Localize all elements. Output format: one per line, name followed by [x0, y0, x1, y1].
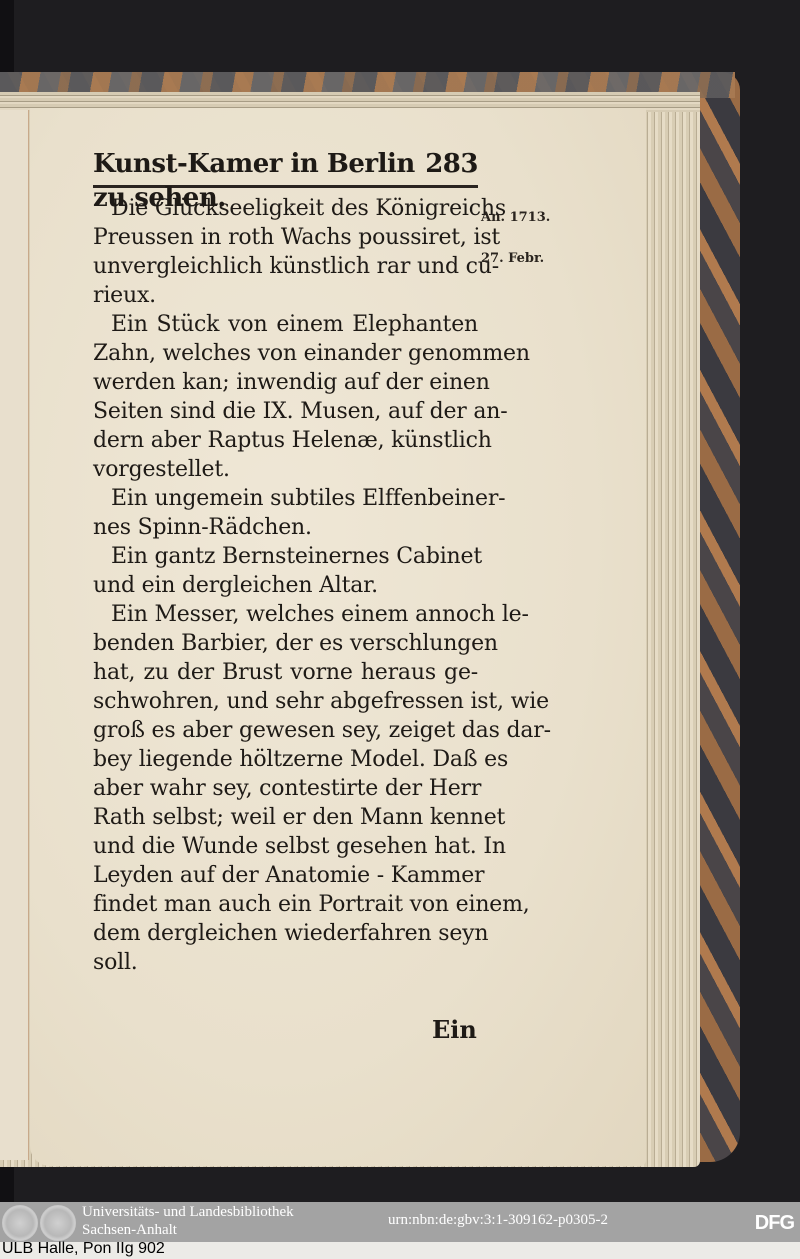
- text-line: benden Barbier, der es verschlungen: [93, 629, 478, 658]
- text-line: groß es aber gewesen sey, zeiget das dar…: [93, 716, 478, 745]
- text-line: schwohren, und sehr abgefressen ist, wie: [93, 687, 478, 716]
- text-line: Ein Stück von einem Elephanten: [93, 310, 478, 339]
- paragraph: Ein Stück von einem Elephanten Zahn, wel…: [93, 310, 478, 484]
- text-line: Seiten sind die IX. Musen, auf der an-: [93, 397, 478, 426]
- facing-page-edge: [0, 110, 29, 1160]
- text-line: und die Wunde selbst gesehen hat. In: [93, 832, 478, 861]
- paragraph: Ein ungemein subtiles Elffenbeiner- nes …: [93, 484, 478, 542]
- text-line: soll.: [93, 948, 478, 977]
- text-line: Preussen in roth Wachs poussiret, ist: [93, 223, 478, 252]
- library-name: Universitäts- und Landesbibliothek Sachs…: [82, 1203, 294, 1239]
- paragraph: Die Glückseeligkeit des Königreichs Preu…: [93, 194, 478, 310]
- text-line: nes Spinn-Rädchen.: [93, 513, 478, 542]
- catchword: Ein: [432, 1015, 477, 1044]
- text-line: dem dergleichen wiederfahren seyn: [93, 919, 478, 948]
- dfg-logo-icon: DFG: [755, 1212, 794, 1235]
- university-seal-icon: [2, 1205, 38, 1241]
- text-line: bey liegende höltzerne Model. Daß es: [93, 745, 478, 774]
- text-line: Ein Messer, welches einem annoch le-: [93, 600, 478, 629]
- library-name-line2: Sachsen-Anhalt: [82, 1221, 294, 1239]
- paragraph: Ein gantz Bernsteinernes Cabinet und ein…: [93, 542, 478, 600]
- text-line: Leyden auf der Anatomie - Kammer: [93, 861, 478, 890]
- text-line: unvergleichlich künstlich rar und cu-: [93, 252, 478, 281]
- text-line: hat, zu der Brust vorne heraus ge-: [93, 658, 478, 687]
- text-line: Rath selbst; weil er den Mann kennet: [93, 803, 478, 832]
- page-text-block: Kunst-Kamer in Berlin zu sehen. 283 Die …: [93, 147, 478, 977]
- running-head: Kunst-Kamer in Berlin zu sehen. 283: [93, 147, 478, 183]
- text-line: werden kan; inwendig auf der einen: [93, 368, 478, 397]
- margin-note-date: 27. Febr.: [481, 251, 544, 266]
- urn-identifier: urn:nbn:de:gbv:3:1-309162-p0305-2: [388, 1212, 608, 1229]
- text-line: dern aber Raptus Helenæ, künstlich: [93, 426, 478, 455]
- text-line: Ein ungemein subtiles Elffenbeiner-: [93, 484, 478, 513]
- page-number: 283: [425, 147, 478, 181]
- library-name-line1: Universitäts- und Landesbibliothek: [82, 1203, 294, 1221]
- text-line: Ein gantz Bernsteinernes Cabinet: [93, 542, 478, 571]
- paragraph: Ein Messer, welches einem annoch le- ben…: [93, 600, 478, 977]
- text-line: rieux.: [93, 281, 478, 310]
- margin-note-year: An. 1713.: [481, 210, 550, 225]
- text-line: und ein dergleichen Altar.: [93, 571, 478, 600]
- library-seal-icon: [40, 1205, 76, 1241]
- text-line: Die Glückseeligkeit des Königreichs: [93, 194, 478, 223]
- text-line: aber wahr sey, contestirte der Herr: [93, 774, 478, 803]
- caption-bar: ULB Halle, Pon IIg 902: [0, 1242, 800, 1259]
- text-line: vorgestellet.: [93, 455, 478, 484]
- text-line: findet man auch ein Portrait von einem,: [93, 890, 478, 919]
- shelfmark-caption: ULB Halle, Pon IIg 902: [2, 1240, 165, 1258]
- library-footer-bar: Universitäts- und Landesbibliothek Sachs…: [0, 1202, 800, 1242]
- text-line: Zahn, welches von einander genommen: [93, 339, 478, 368]
